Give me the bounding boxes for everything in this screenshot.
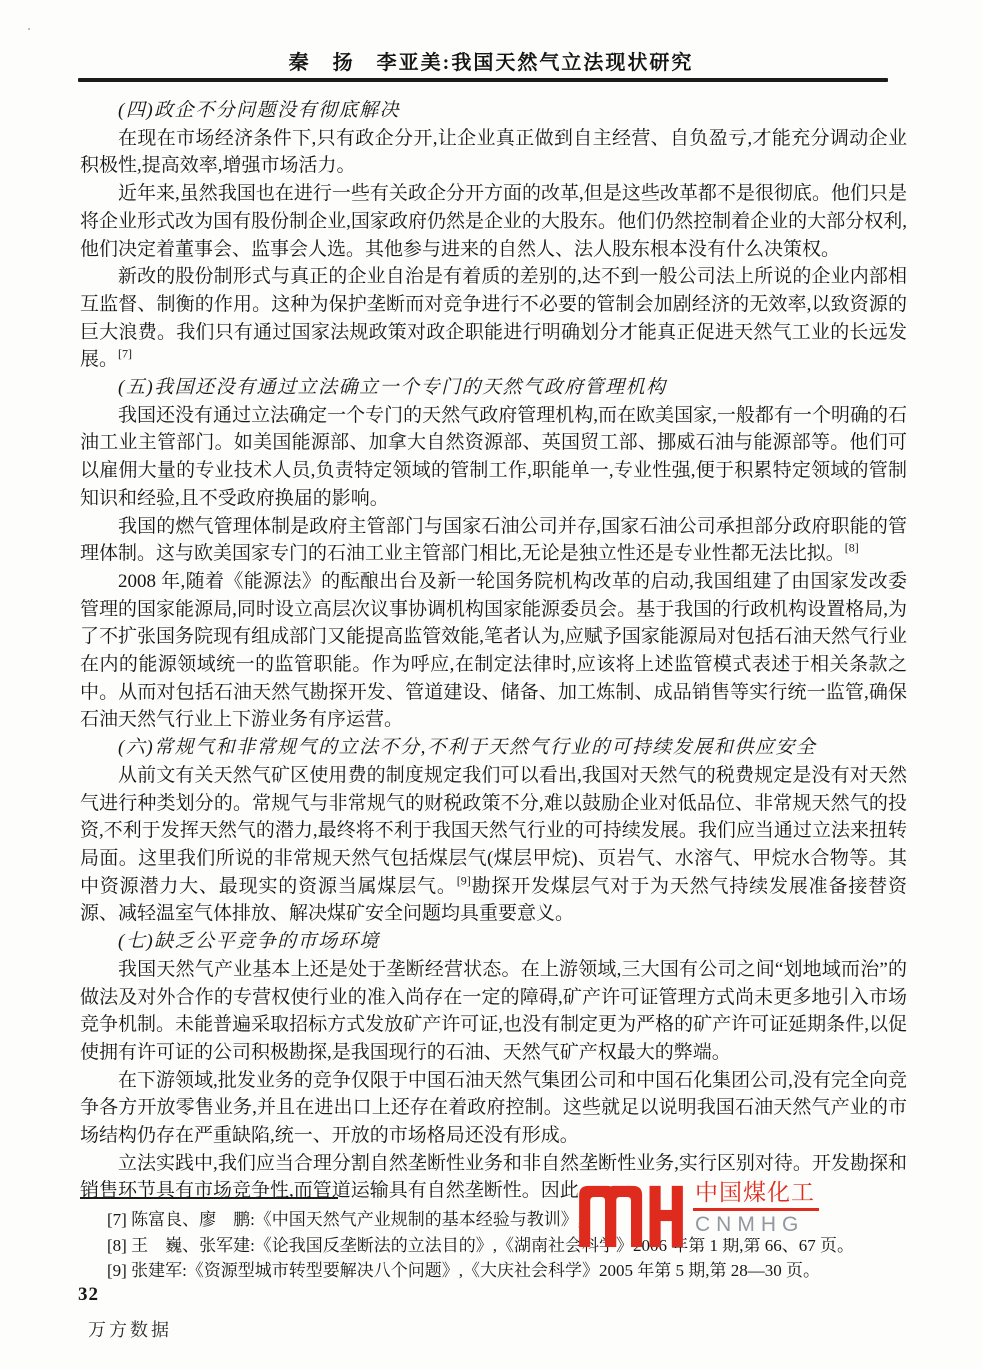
footnote-ref-marker-7: [7]	[118, 347, 132, 361]
section-heading-6: (六)常规气和非常规气的立法不分,不利于天然气行业的可持续发展和供应安全	[80, 734, 907, 762]
paragraph-text: 在下游领域,批发业务的竞争仅限于中国石油天然气集团公司和中国石化集团公司,没有完…	[80, 1070, 907, 1146]
journal-page: 秦 扬 李亚美:我国天然气立法现状研究 (四)政企不分问题没有彻底解决 在现在市…	[0, 0, 982, 1369]
footnote-text: [9] 张建军:《资源型城市转型要解决八个问题》,《大庆社会科学》2005 年第…	[107, 1261, 820, 1280]
paragraph: 我国还没有通过立法确定一个专门的天然气政府管理机构,而在欧美国家,一般都有一个明…	[80, 402, 907, 513]
coal-chemical-logo-icon	[579, 1184, 683, 1247]
watermark-name: 中国煤化工	[693, 1178, 819, 1211]
paragraph: 我国的燃气管理体制是政府主管部门与国家石油公司并存,国家石油公司承担部分政府职能…	[80, 513, 907, 568]
paragraph: 在下游领域,批发业务的竞争仅限于中国石油天然气集团公司和中国石化集团公司,没有完…	[80, 1067, 907, 1150]
paragraph-text: 新改的股份制形式与真正的企业自治是有着质的差别的,达不到一般公司法上所说的企业内…	[80, 266, 907, 370]
paragraph: 近年来,虽然我国也在进行一些有关政企分开方面的改革,但是这些改革都不是很彻底。他…	[80, 180, 907, 263]
paragraph-text: 近年来,虽然我国也在进行一些有关政企分开方面的改革,但是这些改革都不是很彻底。他…	[80, 183, 907, 259]
footnote-ref-marker-8: [8]	[845, 541, 859, 555]
header-rule	[78, 78, 888, 82]
watermark-text-block: 中国煤化工 CNMHG	[693, 1176, 819, 1238]
watermark-abbr: CNMHG	[693, 1211, 819, 1238]
paragraph: 新改的股份制形式与真正的企业自治是有着质的差别的,达不到一般公司法上所说的企业内…	[80, 263, 907, 374]
running-head: 秦 扬 李亚美:我国天然气立法现状研究	[0, 46, 982, 75]
paragraph-text: 在现在市场经济条件下,只有政企分开,让企业真正做到自主经营、自负盈亏,才能充分调…	[80, 128, 907, 177]
paragraph-text: 我国还没有通过立法确定一个专门的天然气政府管理机构,而在欧美国家,一般都有一个明…	[80, 405, 907, 509]
paragraph-text: 我国天然气产业基本上还是处于垄断经营状态。在上游领域,三大国有公司之间“划地域而…	[80, 959, 907, 1063]
scan-artifact	[28, 28, 30, 30]
wanfang-data-mark: 万方数据	[88, 1316, 172, 1342]
footnote-9: [9] 张建军:《资源型城市转型要解决八个问题》,《大庆社会科学》2005 年第…	[107, 1258, 907, 1284]
paragraph-text: 我国的燃气管理体制是政府主管部门与国家石油公司并存,国家石油公司承担部分政府职能…	[80, 516, 907, 565]
footnote-separator	[80, 1197, 338, 1199]
footnote-text: [8] 王 巍、张军建:《论我国反垄断法的立法目的》,《湖南社会科学》2006 …	[107, 1236, 854, 1255]
section-heading-5: (五)我国还没有通过立法确立一个专门的天然气政府管理机构	[80, 374, 907, 402]
footnote-ref-marker-9: [9]	[457, 873, 471, 887]
article-body: (四)政企不分问题没有彻底解决 在现在市场经济条件下,只有政企分开,让企业真正做…	[80, 97, 907, 1205]
paragraph: 我国天然气产业基本上还是处于垄断经营状态。在上游领域,三大国有公司之间“划地域而…	[80, 956, 907, 1067]
coal-chem-watermark: 中国煤化工 CNMHG	[579, 1176, 909, 1232]
section-heading-4: (四)政企不分问题没有彻底解决	[80, 97, 907, 125]
paragraph: 在现在市场经济条件下,只有政企分开,让企业真正做到自主经营、自负盈亏,才能充分调…	[80, 125, 907, 180]
section-heading-7: (七)缺乏公平竞争的市场环境	[80, 928, 907, 956]
paragraph: 从前文有关天然气矿区使用费的制度规定我们可以看出,我国对天然气的税费规定是没有对…	[80, 762, 907, 928]
page-number: 32	[78, 1284, 99, 1306]
paragraph-text: 2008 年,随着《能源法》的酝酿出台及新一轮国务院机构改革的启动,我国组建了由…	[80, 571, 907, 731]
paragraph: 2008 年,随着《能源法》的酝酿出台及新一轮国务院机构改革的启动,我国组建了由…	[80, 568, 907, 734]
